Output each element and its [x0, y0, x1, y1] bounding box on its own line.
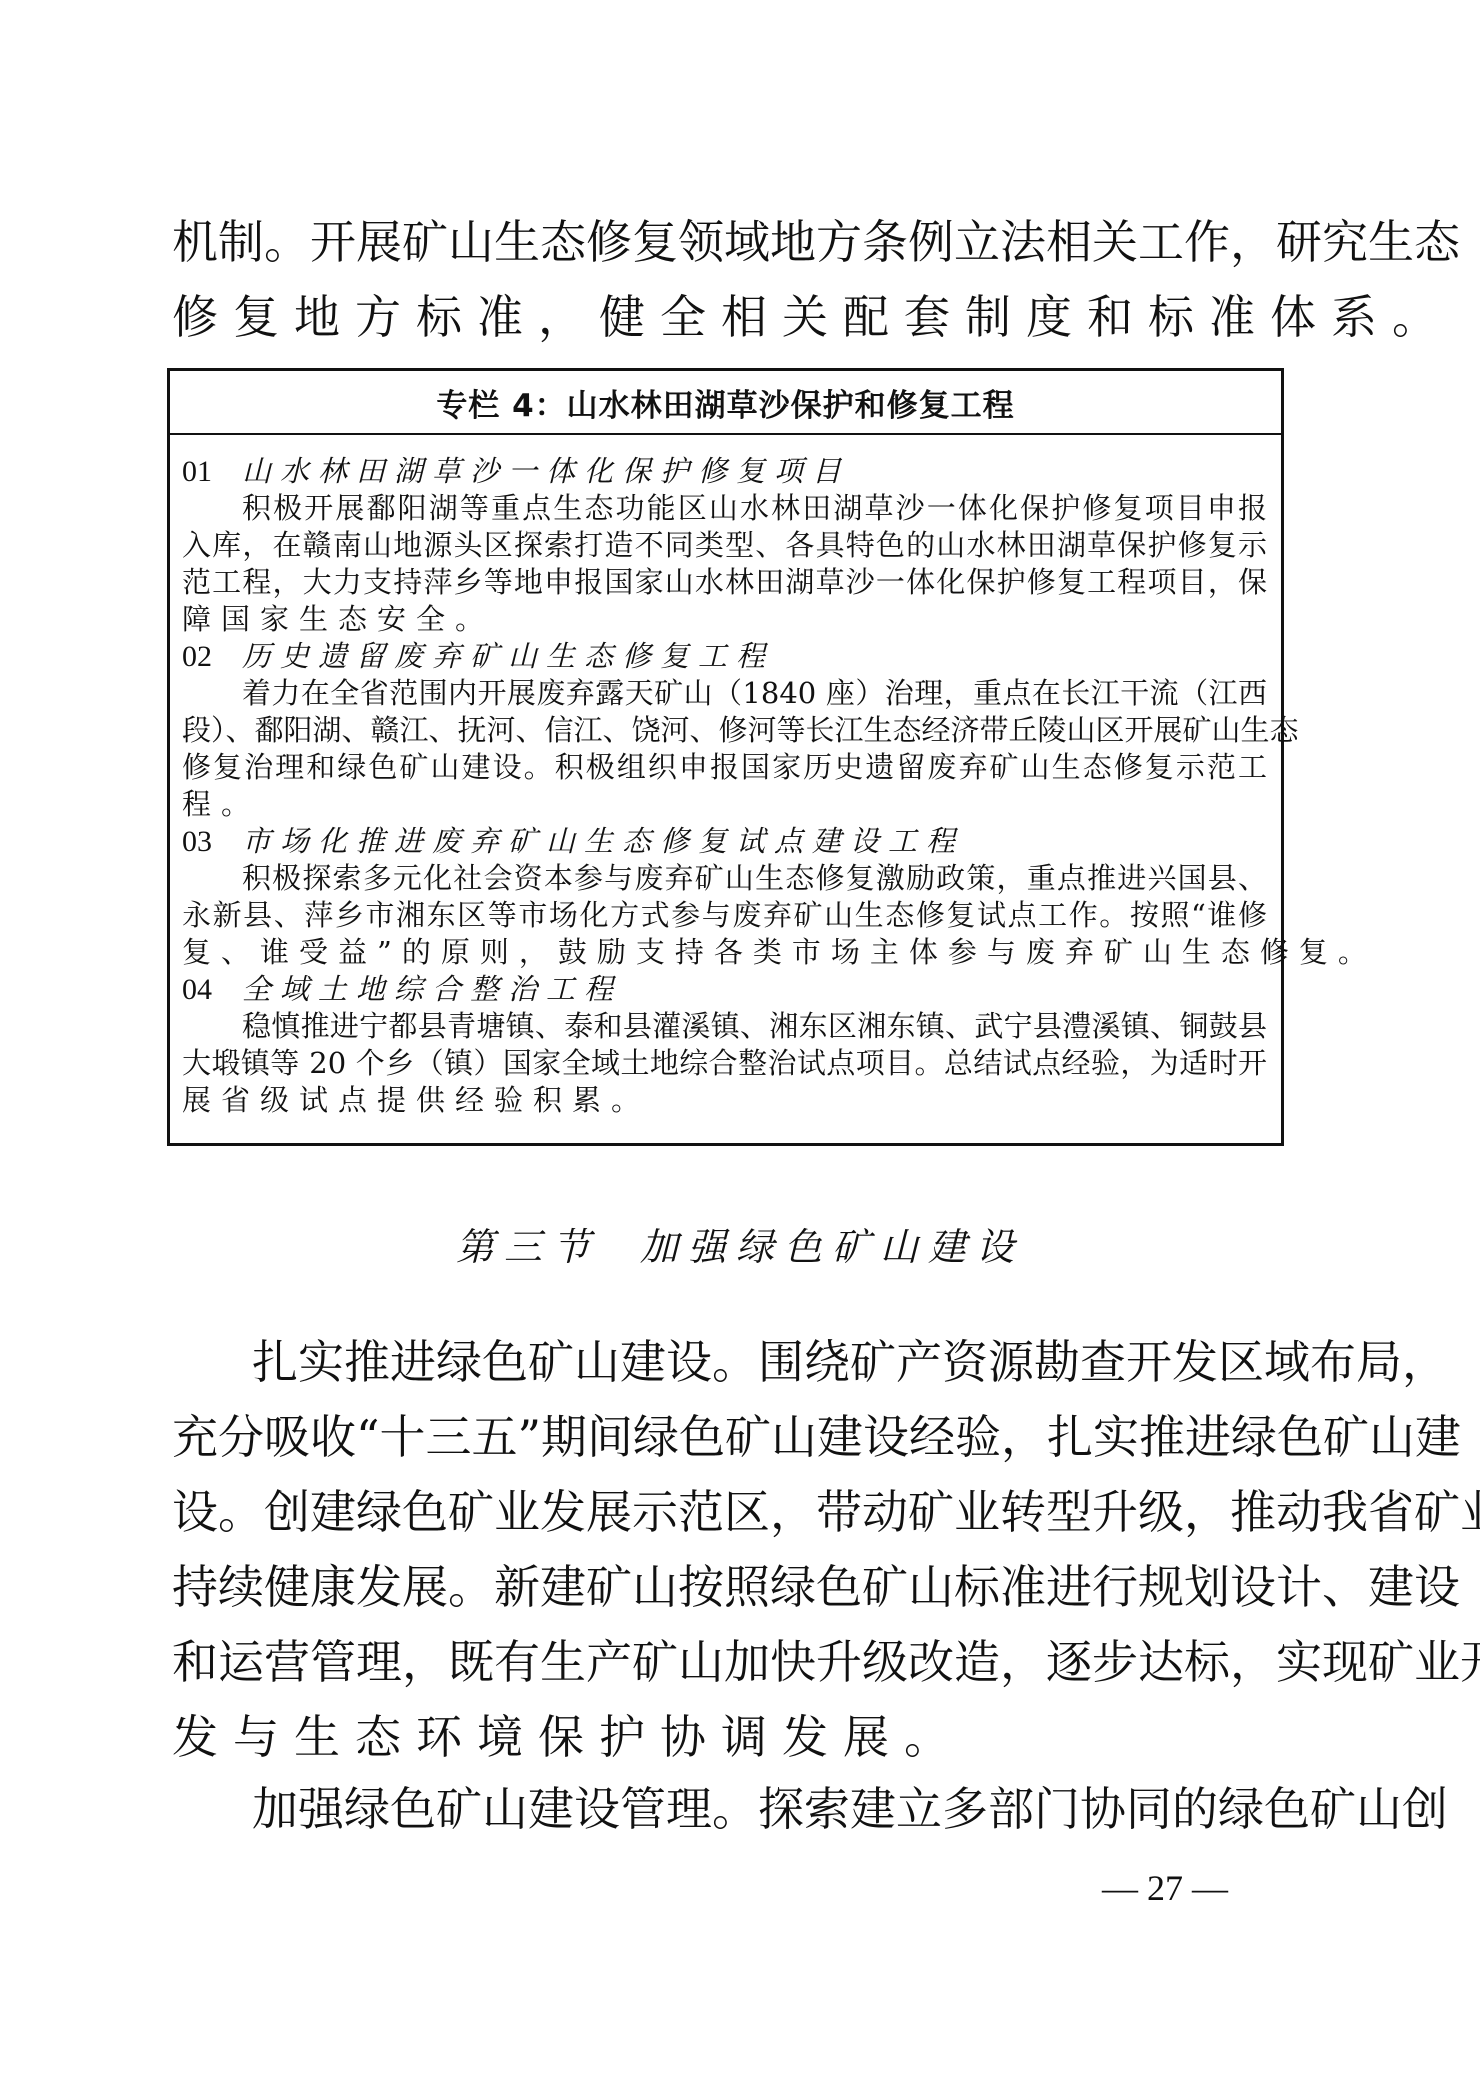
- box-item-02-line-2: 段）、鄱阳湖、赣江、抚河、信江、饶河、修河等长江生态经济带丘陵山区开展矿山生态: [182, 712, 1267, 749]
- section-heading: 第三节加强绿色矿山建设: [0, 1222, 1480, 1272]
- box-item-04-line-3: 展省级试点提供经验积累。: [182, 1082, 1267, 1119]
- item-number: 04: [182, 971, 242, 1008]
- box-item-03-header: 03市场化推进废弃矿山生态修复试点建设工程: [182, 823, 1267, 860]
- item-title: 山水林田湖草沙一体化保护修复项目: [242, 454, 850, 488]
- item-title: 全域土地综合整治工程: [242, 972, 622, 1006]
- feature-box: 专栏 4：山水林田湖草沙保护和修复工程 01山水林田湖草沙一体化保护修复项目 积…: [167, 368, 1284, 1146]
- box-item-03-line-1: 积极探索多元化社会资本参与废弃矿山生态修复激励政策，重点推进兴国县、: [242, 860, 1267, 897]
- feature-box-title: 专栏 4：山水林田湖草沙保护和修复工程: [170, 371, 1281, 435]
- box-item-04-line-1: 稳慎推进宁都县青塘镇、泰和县灌溪镇、湘东区湘东镇、武宁县澧溪镇、铜鼓县: [242, 1008, 1267, 1045]
- item-number: 03: [182, 823, 242, 860]
- body-line-4: 持续健康发展。新建矿山按照绿色矿山标准进行规划设计、建设: [172, 1557, 1278, 1617]
- box-item-02-header: 02历史遗留废弃矿山生态修复工程: [182, 638, 1267, 675]
- box-item-02-line-3: 修复治理和绿色矿山建设。积极组织申报国家历史遗留废弃矿山生态修复示范工: [182, 749, 1267, 786]
- intro-line-1: 机制。开展矿山生态修复领域地方条例立法相关工作，研究生态: [172, 212, 1278, 272]
- box-item-04-header: 04全域土地综合整治工程: [182, 971, 1267, 1008]
- intro-line-2: 修复地方标准，健全相关配套制度和标准体系。: [172, 287, 1278, 347]
- box-item-03-line-3: 复、谁受益”的原则，鼓励支持各类市场主体参与废弃矿山生态修复。: [182, 934, 1267, 971]
- box-item-02-line-1: 着力在全省范围内开展废弃露天矿山（1840 座）治理，重点在长江干流（江西: [242, 675, 1267, 712]
- body-line-7: 加强绿色矿山建设管理。探索建立多部门协同的绿色矿山创: [252, 1779, 1278, 1839]
- document-page: 机制。开展矿山生态修复领域地方条例立法相关工作，研究生态 修复地方标准，健全相关…: [0, 0, 1480, 2093]
- item-title: 市场化推进废弃矿山生态修复试点建设工程: [242, 824, 964, 858]
- item-number: 02: [182, 638, 242, 675]
- body-line-2: 充分吸收“十三五”期间绿色矿山建设经验，扎实推进绿色矿山建: [172, 1407, 1278, 1467]
- item-title: 历史遗留废弃矿山生态修复工程: [242, 639, 774, 673]
- box-item-03-line-2: 永新县、萍乡市湘东区等市场化方式参与废弃矿山生态修复试点工作。按照“谁修: [182, 897, 1267, 934]
- body-line-3: 设。创建绿色矿业发展示范区，带动矿业转型升级，推动我省矿业: [172, 1482, 1278, 1542]
- box-item-02-line-4: 程。: [182, 786, 1267, 823]
- box-item-01-header: 01山水林田湖草沙一体化保护修复项目: [182, 453, 1267, 490]
- page-number: — 27 —: [1085, 1866, 1245, 1910]
- section-number: 第三节: [456, 1225, 600, 1269]
- body-line-1: 扎实推进绿色矿山建设。围绕矿产资源勘查开发区域布局，: [252, 1332, 1278, 1392]
- box-item-01-line-3: 范工程，大力支持萍乡等地申报国家山水林田湖草沙一体化保护修复工程项目，保: [182, 564, 1267, 601]
- body-line-6: 发与生态环境保护协调发展。: [172, 1707, 1278, 1767]
- box-item-01-line-4: 障国家生态安全。: [182, 601, 1267, 638]
- box-item-01-line-2: 入库，在赣南山地源头区探索打造不同类型、各具特色的山水林田湖草保护修复示: [182, 527, 1267, 564]
- body-line-5: 和运营管理，既有生产矿山加快升级改造，逐步达标，实现矿业开: [172, 1632, 1278, 1692]
- box-item-04-line-2: 大塅镇等 20 个乡（镇）国家全域土地综合整治试点项目。总结试点经验，为适时开: [182, 1045, 1267, 1082]
- box-item-01-line-1: 积极开展鄱阳湖等重点生态功能区山水林田湖草沙一体化保护修复项目申报: [242, 490, 1267, 527]
- item-number: 01: [182, 453, 242, 490]
- section-title: 加强绿色矿山建设: [640, 1225, 1024, 1269]
